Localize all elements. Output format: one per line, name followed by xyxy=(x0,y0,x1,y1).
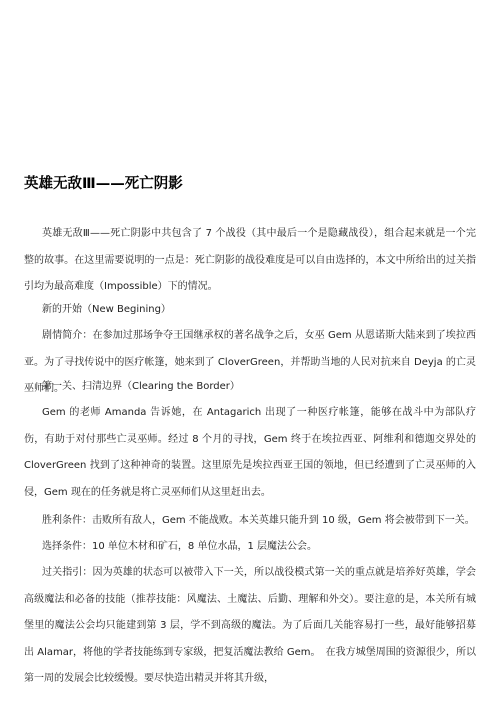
walkthrough-paragraph: 过关指引：因为英雄的状态可以被带入下一关，所以战役模式第一关的重点就是培养好英雄… xyxy=(24,560,476,693)
document-title: 英雄无敌Ⅲ——死亡阴影 xyxy=(24,172,183,193)
intro-paragraph: 英雄无敌Ⅲ——死亡阴影中共包含了 7 个战役（其中最后一个是隐藏战役），组合起来… xyxy=(24,221,476,301)
victory-condition: 胜利条件：击败所有敌人，Gem 不能战败。本关英雄只能升到 10 级，Gem 将… xyxy=(24,508,476,535)
level-1-story-paragraph: Gem 的老师 Amanda 告诉她，在 Antagarich 出现了一种医疗帐… xyxy=(24,400,476,506)
campaign-title: 新的开始（New Begining） xyxy=(24,297,476,324)
document-page: 英雄无敌Ⅲ——死亡阴影 英雄无敌Ⅲ——死亡阴影中共包含了 7 个战役（其中最后一… xyxy=(0,0,500,708)
level-1-title: 第一关、扫清边界（Clearing the Border） xyxy=(24,374,476,401)
choice-condition: 选择条件：10 单位木材和矿石，8 单位水晶，1 层魔法公会。 xyxy=(24,534,476,561)
